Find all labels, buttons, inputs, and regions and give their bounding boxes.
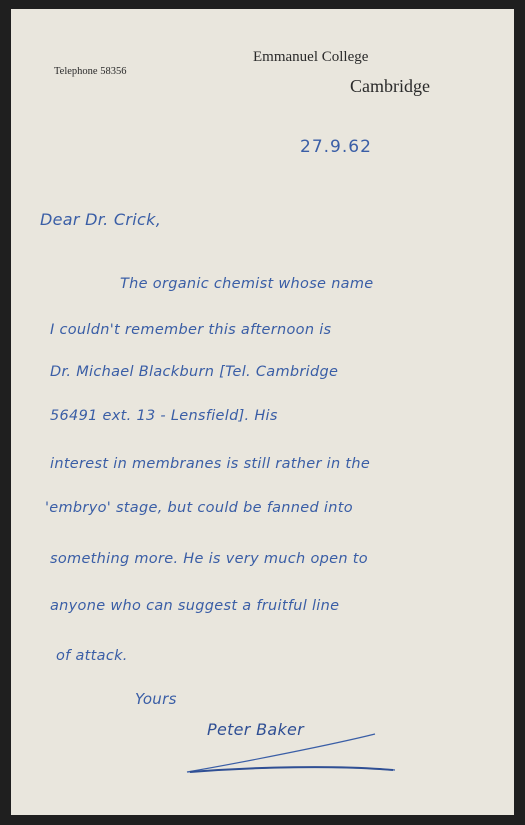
letter-closing: Yours	[135, 690, 177, 708]
letter-salutation: Dear Dr. Crick,	[40, 210, 161, 229]
letter-line: Dr. Michael Blackburn [Tel. Cambridge	[50, 364, 338, 380]
letter-line: something more. He is very much open to	[50, 551, 368, 567]
letter-line: The organic chemist whose name	[120, 276, 374, 292]
letter-line: I couldn't remember this afternoon is	[50, 322, 331, 338]
letter-line: interest in membranes is still rather in…	[50, 456, 370, 472]
letterhead-college: Emmanuel College	[253, 49, 368, 66]
letter-line: of attack.	[56, 648, 128, 664]
letter-date: 27.9.62	[300, 137, 372, 157]
letterhead-telephone: Telephone 58356	[54, 66, 126, 77]
letter-line: 'embryo' stage, but could be fanned into	[45, 500, 353, 516]
signature-flourish-icon	[185, 732, 395, 777]
letterhead-city: Cambridge	[350, 76, 430, 97]
letter-line: anyone who can suggest a fruitful line	[50, 598, 339, 614]
letter-line: 56491 ext. 13 - Lensfield]. His	[50, 408, 278, 424]
